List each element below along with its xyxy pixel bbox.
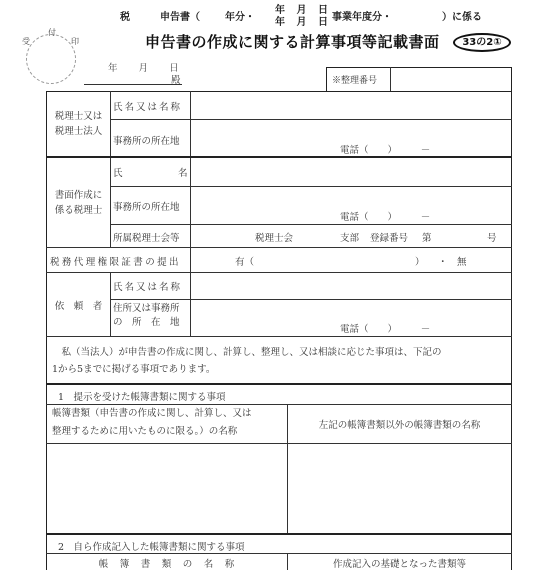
month-char: 月: [296, 17, 306, 28]
year-portion-label: 年分・: [225, 8, 255, 23]
declaration-line: 1から5までに掲げる事項であります。: [52, 361, 508, 378]
preparer-name-field[interactable]: [191, 158, 511, 186]
divider: [46, 336, 512, 337]
client-address-label: 住所又は事務所 の 所 在 地: [113, 302, 180, 330]
label-line: の 所 在 地: [113, 316, 180, 330]
section1-left-header: 帳簿書類（申告書の作成に関し、計算し、又は 整理するために用いたものに限る。）の…: [52, 405, 284, 441]
year-label: 年: [108, 63, 118, 74]
declaration-line: 私（当法人）が申告書の作成に関し、計算し、整理し、又は相談に応じた事項は、下記の: [52, 344, 508, 361]
tax-accountant-group-label: 税理士又は 税理士法人: [47, 92, 110, 156]
tax-accountant-name-label: 氏名又は名称: [113, 99, 182, 113]
tax-accountant-name-field[interactable]: [191, 92, 511, 119]
return-label: 申告書（: [160, 8, 200, 23]
reception-stamp-area: [26, 34, 76, 84]
tax-type-label: 税: [120, 8, 130, 23]
section1-right-field[interactable]: [288, 444, 511, 533]
day-char: 日: [318, 17, 328, 28]
header-line: 整理するために用いたものに限る。）の名称: [52, 423, 284, 441]
divider: [46, 533, 512, 535]
header-line: 帳簿書類（申告書の作成に関し、計算し、又は: [52, 405, 284, 423]
stamp-char-attach: 付: [48, 27, 56, 38]
month-label: 月: [139, 63, 149, 74]
preparer-name-label-left: 氏: [113, 165, 123, 179]
client-phone: 電話（ ） －: [340, 321, 430, 335]
divider: [46, 383, 512, 385]
divider: [110, 272, 111, 336]
addressee-underline: [84, 84, 182, 85]
power-of-attorney-no[interactable]: 無: [457, 254, 467, 268]
section2-heading: 2 自ら作成記入した帳簿書類に関する事項: [58, 539, 245, 553]
tax-accountant-phone: 電話（ ） －: [340, 142, 430, 156]
label-line: 書面作成に: [55, 188, 103, 203]
section1-left-field[interactable]: [47, 444, 287, 533]
preparer-group-label: 書面作成に 係る税理士: [47, 158, 110, 247]
declaration-text: 私（当法人）が申告書の作成に関し、計算し、整理し、又は相談に応じた事項は、下記の…: [52, 344, 508, 378]
form-number-badge: 33の2①: [453, 33, 511, 52]
label-line: 税理士又は: [55, 109, 103, 124]
date-row-2: 年 月 日: [275, 13, 328, 28]
power-of-attorney-yes[interactable]: 有（: [235, 254, 254, 268]
client-group-label: 依 頼 者: [47, 273, 110, 336]
power-of-attorney-close-paren: ）: [415, 254, 425, 268]
tax-accountant-office-label: 事務所の所在地: [113, 133, 180, 147]
regarding-label: ）に係る: [442, 8, 482, 23]
preparer-office-label: 事務所の所在地: [113, 199, 180, 213]
divider: [390, 67, 391, 91]
preparer-phone: 電話（ ） －: [340, 209, 430, 223]
divider: [46, 247, 512, 248]
page-title: 申告書の作成に関する計算事項等記載書面: [145, 31, 440, 52]
reference-number-field[interactable]: [392, 68, 510, 90]
power-of-attorney-label: 税務代理権限証書の提出: [50, 254, 181, 268]
section1-right-header: 左記の帳簿書類以外の帳簿書類の名称: [288, 405, 511, 443]
stamp-char-receive: 受: [22, 36, 30, 47]
stamp-char-seal: 印: [71, 36, 79, 47]
label-line: 税理士法人: [55, 124, 103, 139]
label-line: 係る税理士: [55, 203, 103, 218]
client-name-label: 氏名又は名称: [113, 279, 182, 293]
client-name-field[interactable]: [191, 273, 511, 299]
divider: [46, 553, 512, 554]
year-char: 年: [275, 17, 285, 28]
power-of-attorney-separator: ・: [438, 254, 448, 268]
preparer-association-label: 所属税理士会等: [113, 230, 180, 244]
section1-heading: 1 提示を受けた帳簿書類に関する事項: [58, 389, 226, 403]
section2-right-header: 作成記入の基礎となった書類等: [288, 555, 511, 570]
submission-date: 年 月 日: [108, 60, 179, 74]
preparer-association-field[interactable]: [191, 225, 511, 247]
fiscal-year-label: 事業年度分・: [332, 8, 392, 23]
label-line: 住所又は事務所: [113, 302, 180, 316]
reference-number-label: ※整理番号: [332, 73, 377, 86]
preparer-name-label-right: 名: [178, 165, 188, 179]
section2-left-header: 帳 簿 書 類 の 名 称: [47, 555, 287, 570]
